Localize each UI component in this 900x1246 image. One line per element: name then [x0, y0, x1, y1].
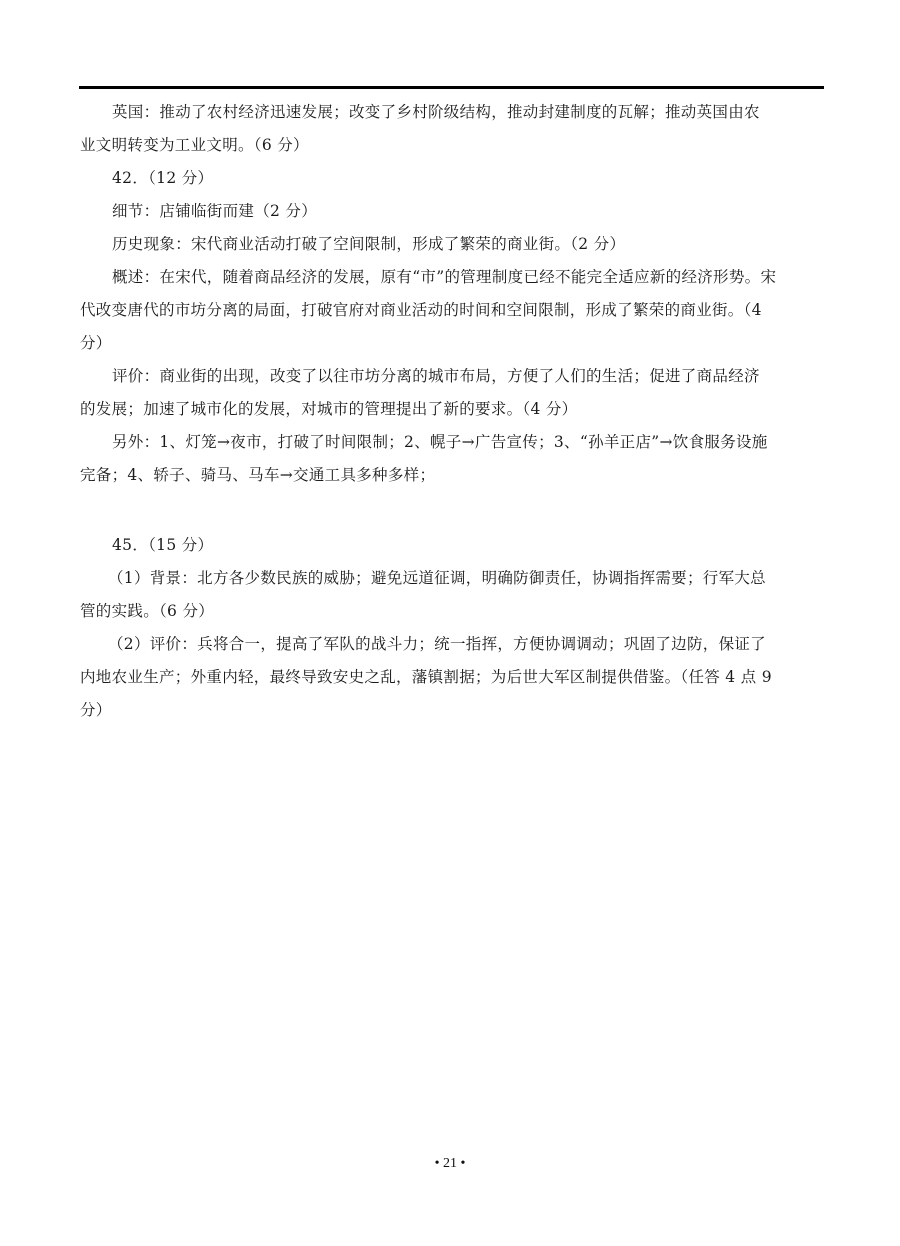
question-42-summary-line-3: 分）	[80, 327, 824, 360]
question-45-part1-line-1: （1）背景：北方各少数民族的威胁；避免远道征调，明确防御责任，协调指挥需要；行军…	[80, 562, 824, 595]
question-45-heading: 45．（15 分）	[80, 529, 824, 562]
answer-key-content: 英国：推动了农村经济迅速发展；改变了乡村阶级结构，推动封建制度的瓦解；推动英国由…	[80, 96, 824, 727]
question-45: 45．（15 分） （1）背景：北方各少数民族的威胁；避免远道征调，明确防御责任…	[80, 529, 824, 727]
question-42-evaluation-line-2: 的发展；加速了城市化的发展，对城市的管理提出了新的要求。（4 分）	[80, 393, 824, 426]
question-42-evaluation-line-1: 评价：商业街的出现，改变了以往市坊分离的城市布局，方便了人们的生活；促进了商品经…	[80, 360, 824, 393]
question-42-phenomenon: 历史现象：宋代商业活动打破了空间限制，形成了繁荣的商业街。（2 分）	[80, 228, 824, 261]
question-45-part2-line-2: 内地农业生产；外重内轻，最终导致安史之乱，藩镇割据；为后世大军区制提供借鉴。（任…	[80, 661, 824, 694]
question-45-part2-line-1: （2）评价：兵将合一，提高了军队的战斗力；统一指挥，方便协调调动；巩固了边防，保…	[80, 628, 824, 661]
question-42-detail: 细节：店铺临街而建（2 分）	[80, 195, 824, 228]
question-42-summary-line-2: 代改变唐代的市坊分离的局面，打破官府对商业活动的时间和空间限制，形成了繁荣的商业…	[80, 294, 824, 327]
page-number: • 21 •	[0, 1156, 900, 1172]
question-45-part1-line-2: 管的实践。（6 分）	[80, 595, 824, 628]
question-42-extra-line-2: 完备；4、轿子、骑马、马车→交通工具多种多样；	[80, 459, 824, 492]
britain-answer-line-1: 英国：推动了农村经济迅速发展；改变了乡村阶级结构，推动封建制度的瓦解；推动英国由…	[80, 96, 824, 129]
britain-answer-line-2: 业文明转变为工业文明。（6 分）	[80, 129, 824, 162]
question-45-part2-line-3: 分）	[80, 694, 824, 727]
section-spacer	[80, 492, 824, 529]
question-42-heading: 42．（12 分）	[80, 162, 824, 195]
question-42-summary-line-1: 概述：在宋代，随着商品经济的发展，原有“市”的管理制度已经不能完全适应新的经济形…	[80, 261, 824, 294]
header-rule	[79, 86, 824, 89]
britain-answer: 英国：推动了农村经济迅速发展；改变了乡村阶级结构，推动封建制度的瓦解；推动英国由…	[80, 96, 824, 162]
question-42: 42．（12 分） 细节：店铺临街而建（2 分） 历史现象：宋代商业活动打破了空…	[80, 162, 824, 492]
question-42-extra-line-1: 另外：1、灯笼→夜市，打破了时间限制；2、幌子→广告宣传；3、“孙羊正店”→饮食…	[80, 426, 824, 459]
